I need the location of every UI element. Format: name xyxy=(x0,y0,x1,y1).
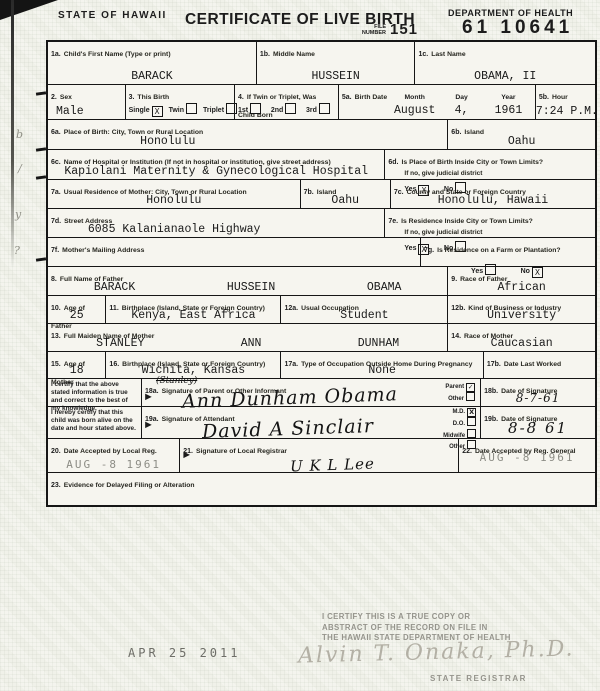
row-mother-details: 15.Age of Mother 18 16.Birthplace (Islan… xyxy=(48,351,595,378)
field-6a-value: Honolulu xyxy=(48,135,288,148)
field-6b-island: 6b.Island Oahu xyxy=(447,120,595,149)
row-street-address: 7d.Street Address 6085 Kalanianaole High… xyxy=(48,208,595,237)
field-6d-city-limits: 6d.Is Place of Birth Inside City or Town… xyxy=(384,150,595,179)
checkbox-1st xyxy=(250,103,261,114)
field-10-value: 25 xyxy=(48,309,105,322)
field-14-mother-race: 14.Race of Mother Caucasian xyxy=(447,324,595,351)
field-1b-num: 1b. xyxy=(260,51,270,58)
row-child-name: 1a.Child's First Name (Type or print) BA… xyxy=(48,42,595,84)
field-21-local-registrar-signature: 21.Signature of Local Registrar ► U K L … xyxy=(179,439,458,472)
field-1a-value: BARACK xyxy=(48,70,256,83)
field-17b-num: 17b. xyxy=(487,361,501,368)
row-mailing-address: 7f.Mother's Mailing Address 7g.Is Reside… xyxy=(48,237,595,266)
field-7c-county-state: 7c.County and State or Foreign Country H… xyxy=(390,180,595,208)
margin-mark: y xyxy=(15,208,21,221)
field-6b-value: Oahu xyxy=(448,135,595,148)
mother-middle-name: ANN xyxy=(241,337,262,350)
field-23-num: 23. xyxy=(51,482,61,489)
row-hospital: 6c.Name of Hospital or Institution (If n… xyxy=(48,149,595,179)
field-8-father-name: 8.Full Name of Father BARACK HUSSEIN OBA… xyxy=(48,267,447,295)
father-first-name: BARACK xyxy=(94,281,135,294)
margin-mark: / xyxy=(18,162,22,175)
field-17b-label: Date Last Worked xyxy=(504,361,561,368)
row-mother-residence: 7a.Usual Residence of Mother: City, Town… xyxy=(48,179,595,208)
certification-line: I CERTIFY THIS IS A TRUE COPY OR xyxy=(322,612,511,623)
do-label: D.O. xyxy=(453,421,465,427)
field-5b-num: 5b. xyxy=(539,94,549,101)
md-label: M.D. xyxy=(452,409,465,415)
field-1a-child-first-name: 1a.Child's First Name (Type or print) BA… xyxy=(48,42,256,84)
field-20-num: 20. xyxy=(51,448,61,455)
field-6a-place-of-birth: 6a.Place of Birth: City, Town or Rural L… xyxy=(48,120,447,149)
month-value: August xyxy=(391,104,438,117)
field-20-label: Date Accepted by Local Reg. xyxy=(64,448,157,455)
field-1c-label: Last Name xyxy=(431,51,465,58)
option-twin-label: Twin xyxy=(169,107,184,114)
field-23-delayed-filing: 23.Evidence for Delayed Filing or Altera… xyxy=(48,473,595,505)
field-5b-label: Hour xyxy=(552,94,568,101)
field-9-father-race: 9.Race of Father African xyxy=(447,267,595,295)
field-7f-num: 7f. xyxy=(51,247,59,254)
field-12b-value: University xyxy=(448,309,595,322)
field-9-value: African xyxy=(448,281,595,294)
option-single-label: Single xyxy=(129,107,150,114)
checkbox-single: X xyxy=(152,106,163,117)
field-2-label: Sex xyxy=(60,94,72,101)
field-1c-value: OBAMA, II xyxy=(415,70,595,83)
field-7d-street-address: 7d.Street Address 6085 Kalanianaole High… xyxy=(48,209,384,237)
father-last-name: OBAMA xyxy=(367,281,402,294)
row-birth-details: 2.Sex Male 3.This Birth SingleX Twin Tri… xyxy=(48,84,595,119)
field-7d-value: 6085 Kalanianaole Highway xyxy=(48,223,300,236)
pointer-icon: ► xyxy=(181,450,192,460)
option-1st-label: 1st xyxy=(238,107,248,114)
field-12a-father-occupation: 12a.Usual Occupation Student xyxy=(280,296,447,323)
year-value: 1961 xyxy=(485,104,532,117)
checkbox-midwife xyxy=(467,429,476,438)
option-3rd-label: 3rd xyxy=(306,107,317,114)
row-place-of-birth: 6a.Place of Birth: City, Town or Rural L… xyxy=(48,119,595,149)
certification-line: ABSTRACT OF THE RECORD ON FILE IN xyxy=(322,623,511,634)
field-6d-label: Is Place of Birth Inside City or Town Li… xyxy=(402,159,544,166)
field-7c-value: Honolulu, Hawaii xyxy=(391,194,595,207)
field-7g-farm-plantation: 7g.Is Residence on a Farm or Plantation?… xyxy=(420,238,595,266)
row-delayed-filing: 23.Evidence for Delayed Filing or Altera… xyxy=(48,472,595,505)
pointer-icon: ► xyxy=(143,420,154,430)
birth-certificate-form: 1a.Child's First Name (Type or print) BA… xyxy=(46,40,597,507)
field-22-date-accepted-general: 22.Date Accepted by Reg. General AUG -8 … xyxy=(458,439,595,472)
field-2-value: Male xyxy=(48,105,125,118)
field-18b-signature-date: 18b.Date of Signature 8-7-61 xyxy=(480,379,595,406)
field-7f-mailing-address: 7f.Mother's Mailing Address xyxy=(48,238,420,266)
file-number: 151 xyxy=(390,21,418,38)
margin-mark: b xyxy=(16,128,23,141)
field-7f-label: Mother's Mailing Address xyxy=(62,247,144,254)
field-7e-residence-limits: 7e.Is Residence Inside City or Town Limi… xyxy=(384,209,595,237)
field-10-father-age: 10.Age of Father 25 xyxy=(48,296,105,323)
row-registrar: 20.Date Accepted by Local Reg. AUG -8 19… xyxy=(48,438,595,472)
field-15-mother-age: 15.Age of Mother 18 xyxy=(48,352,105,378)
field-11-value: Kenya, East Africa xyxy=(106,309,280,322)
field-16-mother-birthplace: 16.Birthplace (Island, State or Foreign … xyxy=(105,352,280,378)
field-6c-value: Kapiolani Maternity & Gynecological Hosp… xyxy=(48,165,384,178)
margin-mark: ? xyxy=(14,244,20,257)
scan-tick-artifact xyxy=(36,147,46,151)
informant-certification-text: I certify that the above stated informat… xyxy=(48,379,141,406)
field-1b-middle-name: 1b.Middle Name HUSSEIN xyxy=(256,42,415,84)
field-3-this-birth: 3.This Birth SingleX Twin Triplet xyxy=(125,85,234,119)
field-2-sex: 2.Sex Male xyxy=(48,85,125,119)
mother-maiden-name: DUNHAM xyxy=(358,337,399,350)
row-attendant-signature: I hereby certify that this child was bor… xyxy=(48,406,595,438)
field-7a-residence: 7a.Usual Residence of Mother: City, Town… xyxy=(48,180,300,208)
field-6d-sublabel: If no, give judicial district xyxy=(404,170,592,177)
field-7e-label: Is Residence Inside City or Town Limits? xyxy=(401,218,533,225)
state-registrar-title: STATE REGISTRAR xyxy=(430,674,527,683)
field-18a-informant-signature: 18a.Signature of Parent or Other Informa… xyxy=(141,379,480,406)
field-7b-value: Oahu xyxy=(301,194,390,207)
field-15-value: 18 xyxy=(48,364,105,377)
field-1c-last-name: 1c.Last Name OBAMA, II xyxy=(414,42,595,84)
field-5b-value: 7:24 P.M. xyxy=(536,105,595,118)
field-5a-num: 5a. xyxy=(342,94,352,101)
scan-tick-artifact xyxy=(36,257,46,261)
field-1c-num: 1c. xyxy=(418,51,428,58)
certificate-number: 61 10641 xyxy=(462,17,573,39)
field-5b-hour: 5b.Hour 7:24 P.M. xyxy=(535,85,595,119)
checkbox-md: X xyxy=(467,408,476,417)
parent-label: Parent xyxy=(445,384,464,390)
field-13-mother-name: 13.Full Maiden Name of Mother STANLEY AN… xyxy=(48,324,447,351)
field-2-num: 2. xyxy=(51,94,57,101)
option-2nd-label: 2nd xyxy=(271,107,283,114)
field-22-stamp: AUG -8 1961 xyxy=(459,451,595,464)
father-middle-name: HUSSEIN xyxy=(227,281,275,294)
mother-first-name: STANLEY xyxy=(96,337,144,350)
year-header: Year xyxy=(501,94,515,101)
field-23-label: Evidence for Delayed Filing or Alteratio… xyxy=(64,482,195,489)
field-12a-value: Student xyxy=(281,309,447,322)
scan-tick-artifact xyxy=(36,175,46,179)
field-1b-value: HUSSEIN xyxy=(257,70,415,83)
file-number-label: FILE NUMBER xyxy=(352,25,386,36)
field-17a-value: None xyxy=(281,364,482,377)
row-informant-signature: I certify that the above stated informat… xyxy=(48,378,595,406)
field-1a-label: Child's First Name (Type or print) xyxy=(64,51,171,58)
field-18b-value: 8-7-61 xyxy=(481,391,595,405)
field-20-stamp: AUG -8 1961 xyxy=(48,458,179,471)
scan-corner-artifact xyxy=(0,0,58,20)
field-17b-date-last-worked: 17b.Date Last Worked xyxy=(483,352,595,378)
pointer-icon: ► xyxy=(143,392,154,402)
row-father-details: 10.Age of Father 25 11.Birthplace (Islan… xyxy=(48,295,595,323)
field-1b-label: Middle Name xyxy=(273,51,315,58)
field-7e-sublabel: If no, give judicial district xyxy=(404,229,592,236)
checkbox-2nd xyxy=(285,103,296,114)
checkbox-other-informant xyxy=(466,392,475,401)
field-19a-attendant-signature: 19a.Signature of Attendant ► David A Sin… xyxy=(141,407,480,438)
field-7e-num: 7e. xyxy=(388,218,398,225)
field-20-date-accepted-local: 20.Date Accepted by Local Reg. AUG -8 19… xyxy=(48,439,179,472)
field-6c-hospital: 6c.Name of Hospital or Institution (If n… xyxy=(48,150,384,179)
field-7g-num: 7g. xyxy=(424,247,434,254)
month-header: Month xyxy=(405,94,425,101)
checkbox-3rd xyxy=(319,103,330,114)
date-received-stamp: APR 25 2011 xyxy=(128,646,240,660)
field-11-father-birthplace: 11.Birthplace (Island, State or Foreign … xyxy=(105,296,280,323)
field-17a-occupation-pregnancy: 17a.Type of Occupation Outside Home Duri… xyxy=(280,352,482,378)
field-5a-birth-date: 5a.Birth Date Month August Day 4, Year 1… xyxy=(338,85,535,119)
other-label: Other xyxy=(448,396,464,402)
day-header: Day xyxy=(455,94,467,101)
scan-tick-artifact xyxy=(36,91,46,95)
field-12b-father-industry: 12b.Kind of Business or Industry Univers… xyxy=(447,296,595,323)
checkbox-twin xyxy=(186,103,197,114)
field-7a-value: Honolulu xyxy=(48,194,300,207)
field-7b-island: 7b.Island Oahu xyxy=(300,180,390,208)
field-19b-value: 8-8 61 xyxy=(481,419,595,437)
checkbox-do xyxy=(467,417,476,426)
field-7g-label: Is Residence on a Farm or Plantation? xyxy=(437,247,561,254)
field-21-label: Signature of Local Registrar xyxy=(196,448,287,455)
option-triplet-label: Triplet xyxy=(203,107,224,114)
attendant-certification-text: I hereby certify that this child was bor… xyxy=(48,407,141,438)
field-14-value: Caucasian xyxy=(448,337,595,350)
field-5a-label: Birth Date xyxy=(355,94,387,101)
field-1a-num: 1a. xyxy=(51,51,61,58)
field-4-twin-order: 4.If Twin or Triplet, Was Child Born 1st… xyxy=(234,85,338,119)
field-6d-num: 6d. xyxy=(388,159,398,166)
checkbox-parent: ✓ xyxy=(466,383,475,392)
scan-binding-shadow xyxy=(11,0,14,268)
field-19b-signature-date: 19b.Date of Signature 8-8 61 xyxy=(480,407,595,438)
row-father-name: 8.Full Name of Father BARACK HUSSEIN OBA… xyxy=(48,266,595,295)
day-value: 4, xyxy=(438,104,485,117)
row-mother-name: 13.Full Maiden Name of Mother STANLEY AN… xyxy=(48,323,595,351)
signature-note: (Stanley) xyxy=(156,376,197,386)
